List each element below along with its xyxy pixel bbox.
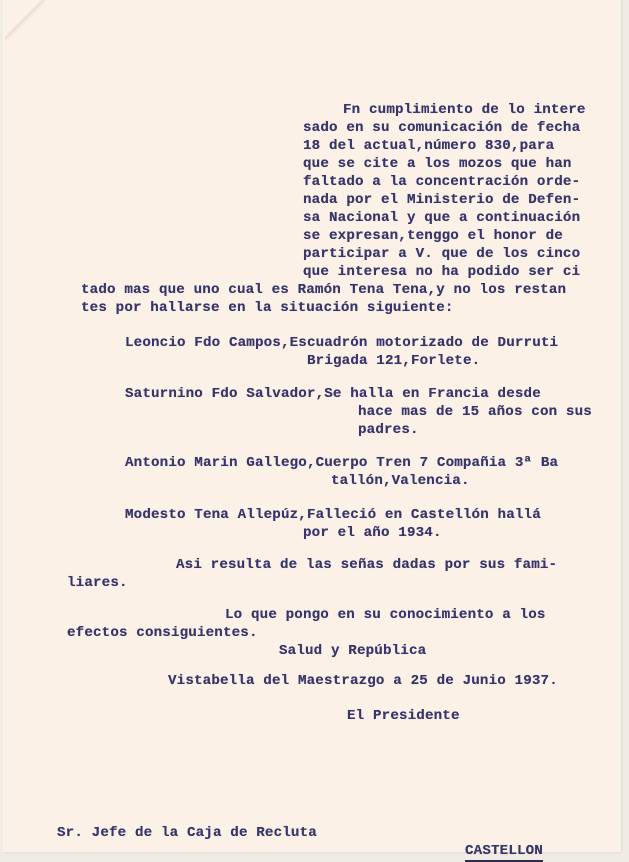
person-line: Saturnino Fdo Salvador,Se halla en Franc… <box>125 386 541 402</box>
addressee-city: CASTELLON <box>465 843 543 859</box>
text-line: se expresan,tenggo el honor de <box>303 228 563 244</box>
addressee: Sr. Jefe de la Caja de Recluta <box>57 825 317 841</box>
text-line: tes por hallarse en la situación siguien… <box>81 300 454 316</box>
person-line: Modesto Tena Allepúz,Falleció en Castell… <box>125 507 541 523</box>
text-line: 18 del actual,número 830,para <box>303 138 554 154</box>
person-detail: hace mas de 15 años con sus <box>358 404 592 420</box>
person-detail: tallón,Valencia. <box>331 473 470 489</box>
text-line: sado en su comunicación de fecha <box>303 120 580 136</box>
text-line: Asi resulta de las señas dadas por sus f… <box>176 557 557 573</box>
text-line: Fn cumplimiento de lo intere <box>343 102 586 118</box>
text-line: participar a V. que de los cinco <box>303 246 580 262</box>
salutation: Salud y República <box>279 643 426 659</box>
person-detail: padres. <box>358 422 419 438</box>
person-detail: Brigada 121,Forlete. <box>307 353 480 369</box>
paper-fold-crease <box>5 0 45 40</box>
text-line: faltado a la concentración orde- <box>303 174 580 190</box>
letter-page: Fn cumplimiento de lo intere sado en su … <box>3 0 621 852</box>
text-line: que interesa no ha podido ser ci <box>303 264 580 280</box>
text-line: tado mas que uno cual es Ramón Tena Tena… <box>81 282 566 298</box>
signature-title: El Presidente <box>347 708 460 724</box>
text-line: liares. <box>67 575 128 591</box>
text-line: Lo que pongo en su conocimiento a los <box>225 607 546 623</box>
person-line: Leoncio Fdo Campos,Escuadrón motorizado … <box>125 335 558 351</box>
date-line: Vistabella del Maestrazgo a 25 de Junio … <box>168 673 558 689</box>
person-detail: por el año 1934. <box>303 525 442 541</box>
text-line: efectos consiguientes. <box>67 625 258 641</box>
text-line: nada por el Ministerio de Defen- <box>303 192 580 208</box>
text-line: sa Nacional y que a continuación <box>303 210 580 226</box>
text-line: que se cite a los mozos que han <box>303 156 572 172</box>
person-line: Antonio Marin Gallego,Cuerpo Tren 7 Comp… <box>125 455 558 471</box>
